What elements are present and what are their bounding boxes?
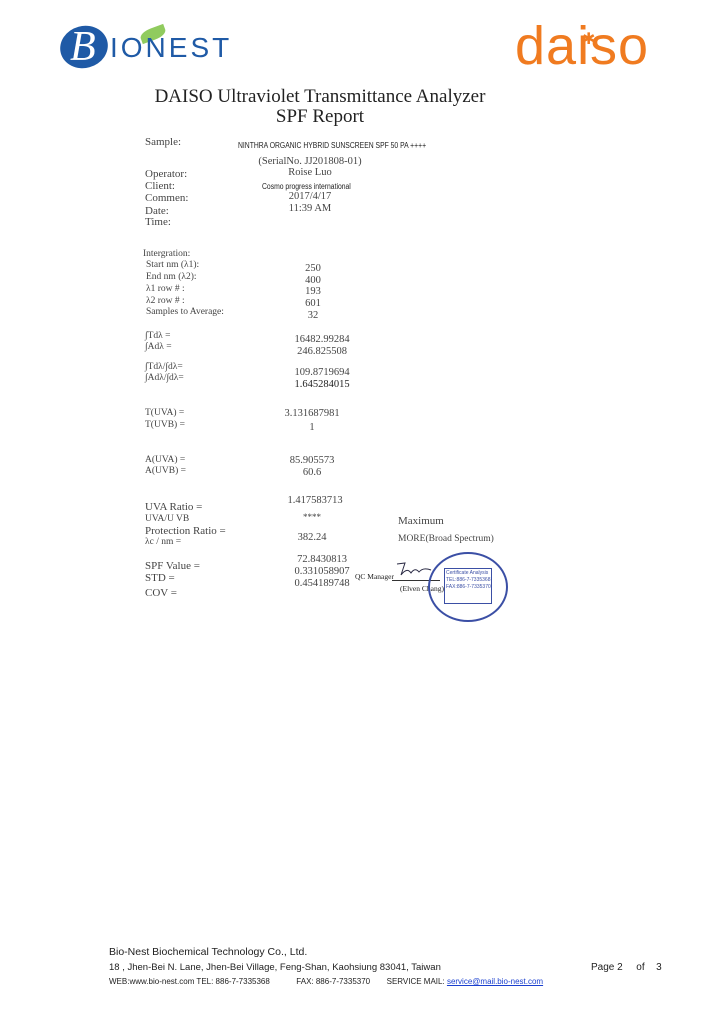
- lambda-c-label: λc / nm =: [145, 537, 181, 547]
- ratio-value: 1.645284015: [262, 379, 382, 390]
- ratio-label: ∫Tdλ/∫dλ=: [145, 362, 183, 372]
- stamp-line: Certificate Analysis: [446, 570, 491, 577]
- uva-uvb-value: ****: [252, 512, 372, 522]
- operator-label: Operator:: [145, 168, 187, 180]
- integration-row-label: Samples to Average:: [146, 307, 224, 317]
- time-label: Time:: [145, 216, 171, 228]
- footer-company: Bio-Nest Biochemical Technology Co., Ltd…: [109, 946, 307, 958]
- page-indicator: Page 2 of 3: [591, 962, 662, 973]
- cov-label: COV =: [145, 587, 177, 599]
- std-label: STD =: [145, 572, 175, 584]
- logo-text: IONEST: [110, 32, 232, 64]
- protection-ratio-label: Protection Ratio =: [145, 525, 226, 537]
- integral-value: 16482.99284: [262, 334, 382, 345]
- spf-label: SPF Value =: [145, 560, 200, 572]
- report-subtitle: SPF Report: [0, 106, 640, 128]
- integration-heading: Intergration:: [143, 249, 190, 259]
- page-of: of: [636, 962, 644, 973]
- footer-contact: WEB:www.bio-nest.com TEL: 886-7-7335368 …: [109, 977, 543, 986]
- asterisk-icon: ✱: [582, 12, 596, 68]
- integration-row-value: 250: [253, 263, 373, 274]
- report-title: DAISO Ultraviolet Transmittance Analyzer: [0, 86, 640, 108]
- footer-mail-label: SERVICE MAIL:: [387, 977, 445, 986]
- operator-value: Roise Luo: [250, 167, 370, 178]
- signature: [393, 561, 433, 579]
- sample-value: NINTHRA ORGANIC HYBRID SUNSCREEN SPF 50 …: [238, 141, 426, 150]
- logo-letter: B: [70, 24, 96, 70]
- bionest-logo: B IONEST: [60, 22, 240, 72]
- comment-label: Commen:: [145, 192, 188, 204]
- ratio-label: ∫Adλ/∫dλ=: [145, 373, 184, 383]
- footer-fax: FAX: 886-7-7335370: [296, 977, 370, 986]
- t-uva-label: T(UVA) =: [145, 408, 184, 418]
- integration-row-value: 193: [253, 286, 373, 297]
- footer-web: WEB:www.bio-nest.com TEL: 886-7-7335368: [109, 977, 270, 986]
- a-uva-value: 85.905573: [252, 455, 372, 466]
- integral-label: ∫Tdλ =: [145, 331, 171, 341]
- ratio-value: 109.8719694: [262, 367, 382, 378]
- footer-address: 18 , Jhen-Bei N. Lane, Jhen-Bei Village,…: [109, 962, 441, 973]
- integration-row-label: Start nm (λ1):: [146, 260, 199, 270]
- integration-row-value: 601: [253, 298, 373, 309]
- integration-row-value: 400: [253, 275, 373, 286]
- integral-value: 246.825508: [262, 346, 382, 357]
- date-value: 11:39 AM: [250, 203, 370, 214]
- a-uva-label: A(UVA) =: [145, 455, 185, 465]
- uva-uvb-note: Maximum: [398, 515, 444, 527]
- a-uvb-label: A(UVB) =: [145, 466, 186, 476]
- t-uva-value: 3.131687981: [252, 408, 372, 419]
- sample-label: Sample:: [145, 136, 181, 148]
- t-uvb-value: 1: [252, 422, 372, 433]
- uva-uvb-label: UVA/U VB: [145, 514, 189, 524]
- comment-value: 2017/4/17: [250, 191, 370, 202]
- integration-row-label: End nm (λ2):: [146, 272, 197, 282]
- t-uvb-label: T(UVB) =: [145, 420, 185, 430]
- integration-row-label: λ1 row # :: [146, 284, 185, 294]
- service-mail-link[interactable]: service@mail.bio-nest.com: [447, 977, 543, 986]
- integration-row-label: λ2 row # :: [146, 296, 185, 306]
- result-value-top: 72.8430813: [262, 554, 382, 565]
- lambda-c-value: 382.24: [252, 532, 372, 543]
- integral-label: ∫Adλ =: [145, 342, 172, 352]
- page-total: 3: [656, 962, 662, 973]
- stamp-line: TEL:886-7-7335368: [446, 577, 491, 584]
- company-stamp: Certificate Analysis TEL:886-7-7335368 F…: [428, 552, 508, 622]
- integration-row-value: 32: [253, 310, 373, 321]
- daiso-logo: daiso ✱: [515, 18, 665, 74]
- client-value: Cosmo progress international: [262, 182, 351, 191]
- stamp-text: Certificate Analysis TEL:886-7-7335368 F…: [446, 570, 491, 591]
- stamp-line: FAX:886-7-7335370: [446, 584, 491, 591]
- serial-number: (SerialNo. JJ201808-01): [250, 156, 370, 167]
- uva-ratio-label: UVA Ratio =: [145, 501, 202, 513]
- qc-manager-label: QC Manager: [355, 572, 394, 581]
- client-label: Client:: [145, 180, 175, 192]
- page-number: Page 2: [591, 962, 623, 973]
- lambda-c-note: MORE(Broad Spectrum): [398, 534, 494, 544]
- a-uvb-value: 60.6: [252, 467, 372, 478]
- uva-ratio-value: 1.417583713: [255, 495, 375, 506]
